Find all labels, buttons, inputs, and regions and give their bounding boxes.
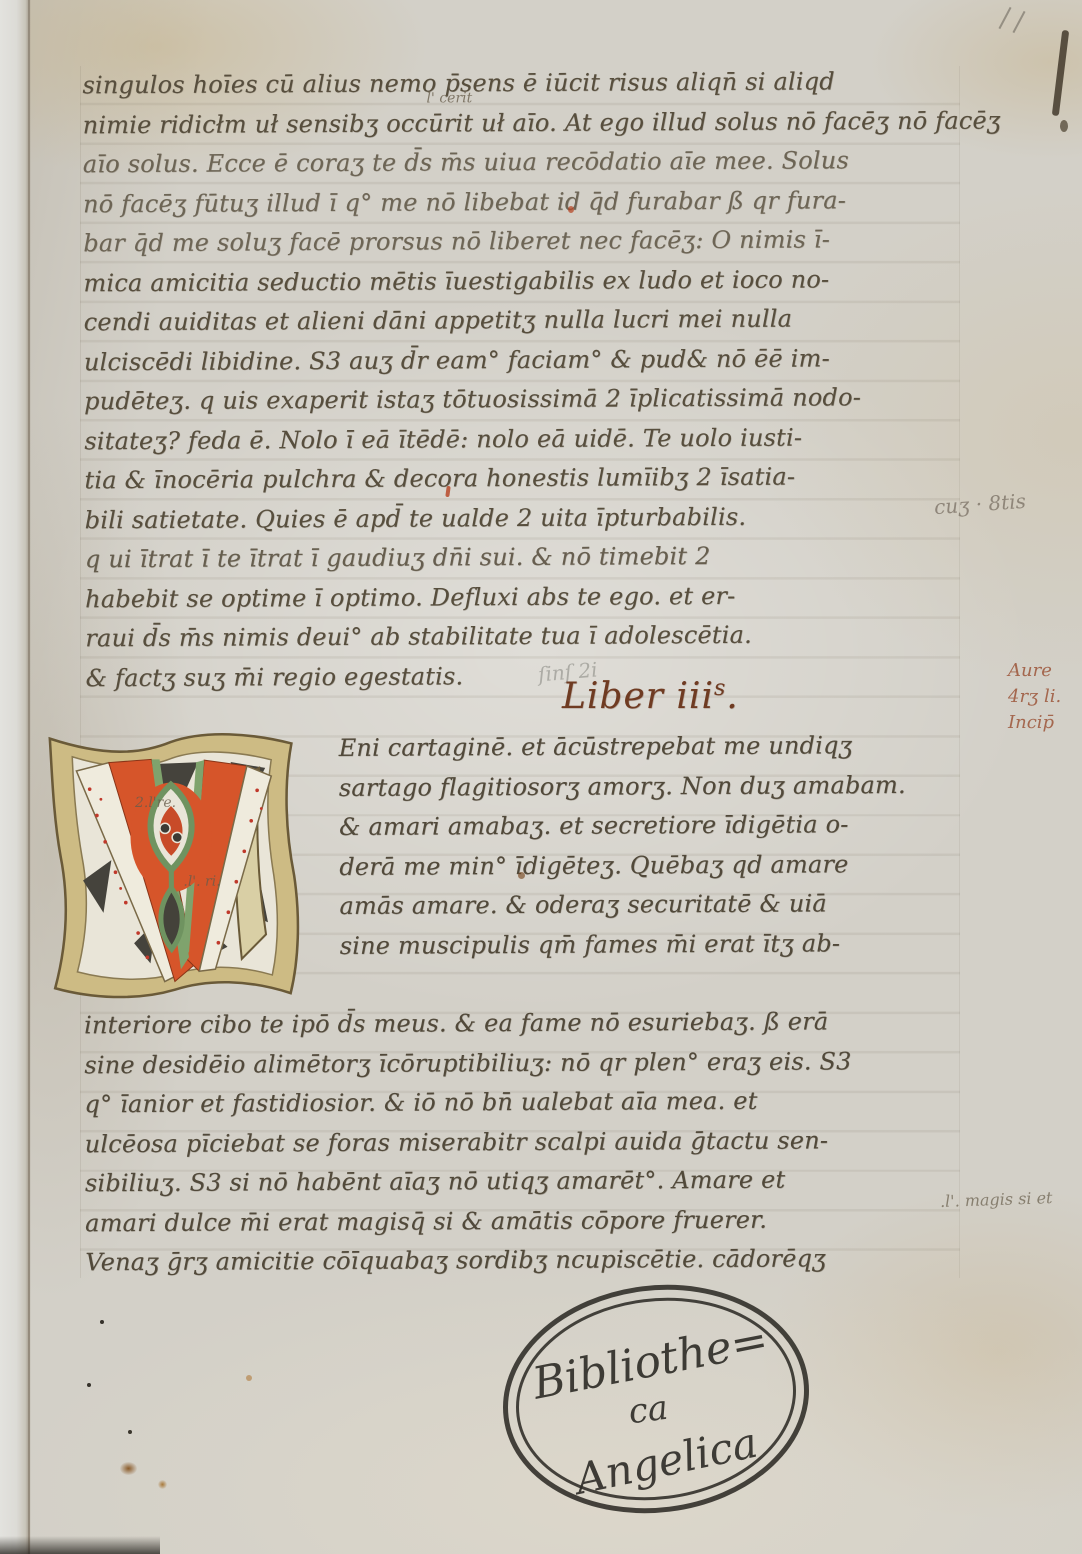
library-stamp: Bibliothe= ca Angelica [495, 1280, 817, 1518]
stain [246, 1375, 252, 1381]
text-line: cendi auiditas et alieni dāni appetitʒ n… [84, 299, 958, 343]
text-line: amari dulce m̄i erat magisq̄ si & amātis… [85, 1199, 959, 1243]
text-line: nimie ridicłm uł sensibʒ occūrit uł aīo.… [83, 101, 957, 145]
manuscript-page: singulos hoīes cū alius nemo p̄sens ē iū… [0, 0, 1082, 1554]
text-line: q° īanior et fastidiosior. & iō nō bn̄ u… [84, 1081, 958, 1125]
book-heading: Liber iiis. [562, 676, 739, 717]
ink-speck [100, 1320, 104, 1324]
margin-note-rubric: Aure 4rʒ li. Incip̄ [1008, 658, 1061, 736]
text-line: q ui ītrat ī te ītrat ī gaudiuʒ dn̄i sui… [85, 536, 959, 580]
stamp-oval-icon: Bibliothe= ca Angelica [495, 1280, 817, 1518]
text-line: amās amare. & oderaʒ securitatē & uiā.l'… [83, 884, 957, 928]
text-line: ulcēosa pīciebat se foras miserabitr sca… [85, 1120, 959, 1164]
upper-text-block: singulos hoīes cū alius nemo p̄sens ē iū… [82, 62, 959, 699]
text-line: sine desidēio alimētorʒ īcōruptibiliuʒ: … [84, 1041, 958, 1085]
text-line: raui d̄s m̄s nimis deui° ab stabilitate … [85, 615, 959, 659]
text-line: sitateʒ? feda ē. Nolo ī eā ītēdē: nolo e… [84, 417, 958, 461]
ink-blot [1060, 120, 1068, 132]
interlinear-gloss: 2.l're. [135, 796, 176, 810]
text-line: habebit se optime ī optimo. Defluxi abs … [85, 575, 959, 619]
stain [120, 1462, 137, 1475]
gutter-underpage-edge [0, 0, 30, 1554]
stain [158, 1480, 167, 1489]
interlinear-gloss: l' cerit [426, 91, 472, 105]
text-line: sartago flagitiosorʒ amorʒ. Non duʒ amab… [83, 765, 957, 809]
text-line: ulciscēdi libidine. S3 auʒ d̄r eam° faci… [84, 338, 958, 382]
text-line: & factʒ suʒ m̄i regio egestatis. [85, 654, 959, 698]
text-line: nō facēʒ fūtuʒ illud ī q° me nō libebat … [83, 180, 957, 224]
page-bottom-shadow [0, 1536, 160, 1554]
svg-text:ca: ca [626, 1388, 670, 1432]
margin-note: .l'. magis si et [940, 1188, 1053, 1211]
text-line: Eni cartaginē. et ācūstrepebat me undiqʒ [83, 726, 957, 770]
text-line: Venaʒ ḡrʒ amicitie cōīquabaʒ sordibʒ ncu… [85, 1239, 959, 1283]
interlinear-gloss: .l'. ri. [183, 875, 220, 889]
text-line: mica amicitia seductio mētis īuestigabil… [83, 259, 957, 303]
page-edge [28, 0, 31, 1554]
red-ink-speck [568, 206, 574, 213]
text-line: bili satietate. Quies ē apd̄ te ualde 2 … [85, 496, 959, 540]
ink-speck [87, 1383, 91, 1387]
text-line: tia & īnocēria pulchra & decora honestis… [84, 457, 958, 501]
ink-speck [518, 872, 525, 879]
text-line: aīo solus. Ecce ē coraʒ te d̄s m̄s uiua … [83, 141, 957, 185]
lower-text-block: Eni cartaginē. et ācūstrepebat me undiqʒ… [83, 726, 960, 1283]
text-line: singulos hoīes cū alius nemo p̄sens ē iū… [82, 62, 956, 106]
text-line: bar q̄d me soluʒ facē prorsus nō liberet… [83, 220, 957, 264]
text-line: interiore cibo te ipō d̄s meus. & ea fam… [84, 1002, 958, 1046]
text-line: & amari amabaʒ. et secretiore īdigētia o… [83, 805, 957, 849]
ink-speck [128, 1430, 132, 1434]
text-line: pudēteʒ. q uis exaperit istaʒ tōtuosissi… [84, 378, 958, 422]
text-line: sine muscipulis qm̄ fames m̄i erat ītʒ a… [84, 923, 958, 967]
text-line: sibiliuʒ. S3 si nō habēnt aīaʒ nō utiqʒ … [85, 1160, 959, 1204]
